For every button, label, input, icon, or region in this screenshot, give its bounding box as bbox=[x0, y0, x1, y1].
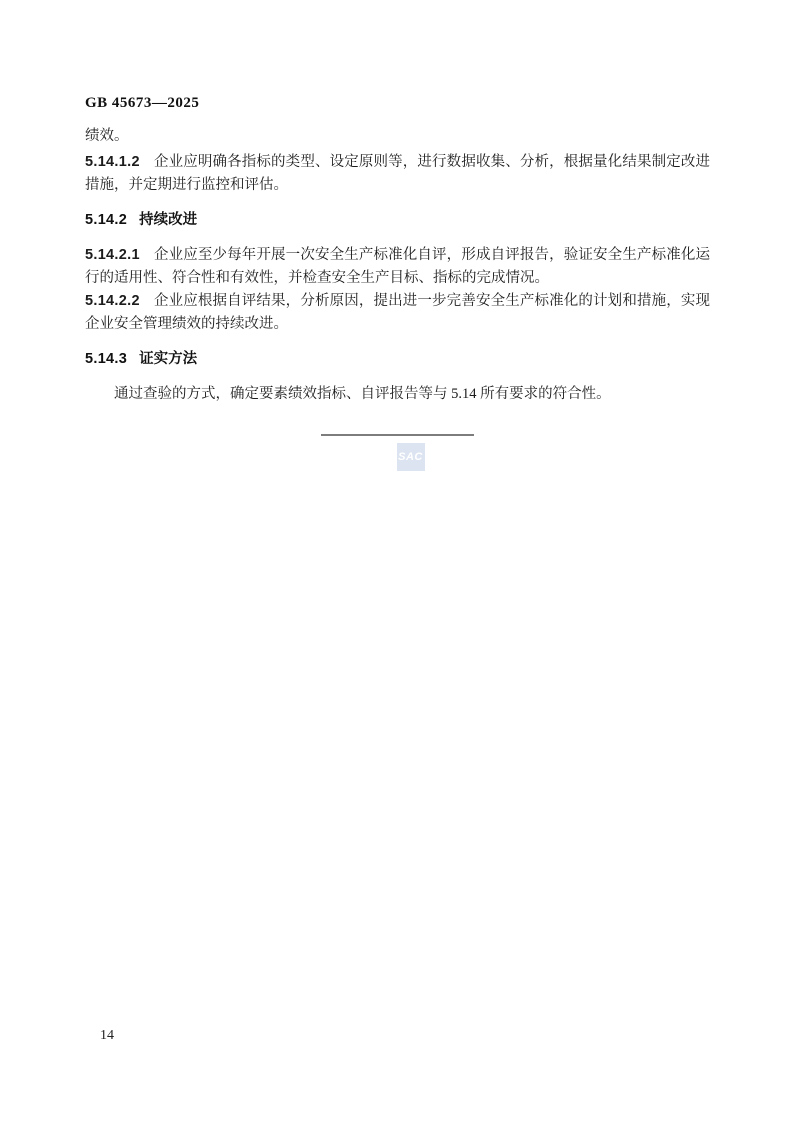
heading-title: 持续改进 bbox=[139, 212, 197, 228]
clause-number: 5.14.1.2 bbox=[85, 154, 140, 170]
clause-number: 5.14.2.1 bbox=[85, 247, 140, 263]
heading-5-14-2: 5.14.2持续改进 bbox=[85, 211, 710, 229]
sac-watermark-logo: SAC bbox=[397, 443, 425, 471]
clause-text: 企业应至少每年开展一次安全生产标准化自评，形成自评报告，验证安全生产标准化运行的… bbox=[85, 247, 710, 286]
document-page: GB 45673—2025 绩效。 5.14.1.2企业应明确各指标的类型、设定… bbox=[0, 0, 794, 1123]
heading-title: 证实方法 bbox=[139, 351, 197, 367]
sac-watermark-label: SAC bbox=[398, 451, 423, 463]
document-body: 绩效。 5.14.1.2企业应明确各指标的类型、设定原则等，进行数据收集、分析，… bbox=[85, 125, 710, 471]
heading-5-14-3: 5.14.3证实方法 bbox=[85, 350, 710, 368]
standard-number-header: GB 45673—2025 bbox=[85, 95, 794, 112]
clause-text: 企业应根据自评结果，分析原因，提出进一步完善安全生产标准化的计划和措施，实现企业… bbox=[85, 293, 710, 332]
heading-number: 5.14.3 bbox=[85, 351, 127, 367]
clause-text: 企业应明确各指标的类型、设定原则等，进行数据收集、分析，根据量化结果制定改进措施… bbox=[85, 154, 710, 193]
clause-5-14-1-2: 5.14.1.2企业应明确各指标的类型、设定原则等，进行数据收集、分析，根据量化… bbox=[85, 151, 710, 197]
carryover-paragraph: 绩效。 bbox=[85, 125, 710, 148]
page-number: 14 bbox=[100, 1028, 114, 1044]
heading-number: 5.14.2 bbox=[85, 212, 127, 228]
end-of-text-divider bbox=[321, 434, 474, 436]
clause-5-14-2-1: 5.14.2.1企业应至少每年开展一次安全生产标准化自评，形成自评报告，验证安全… bbox=[85, 244, 710, 290]
closing-paragraph: 通过查验的方式，确定要素绩效指标、自评报告等与 5.14 所有要求的符合性。 bbox=[85, 383, 710, 406]
clause-number: 5.14.2.2 bbox=[85, 293, 140, 309]
clause-5-14-2-2: 5.14.2.2企业应根据自评结果，分析原因，提出进一步完善安全生产标准化的计划… bbox=[85, 290, 710, 336]
